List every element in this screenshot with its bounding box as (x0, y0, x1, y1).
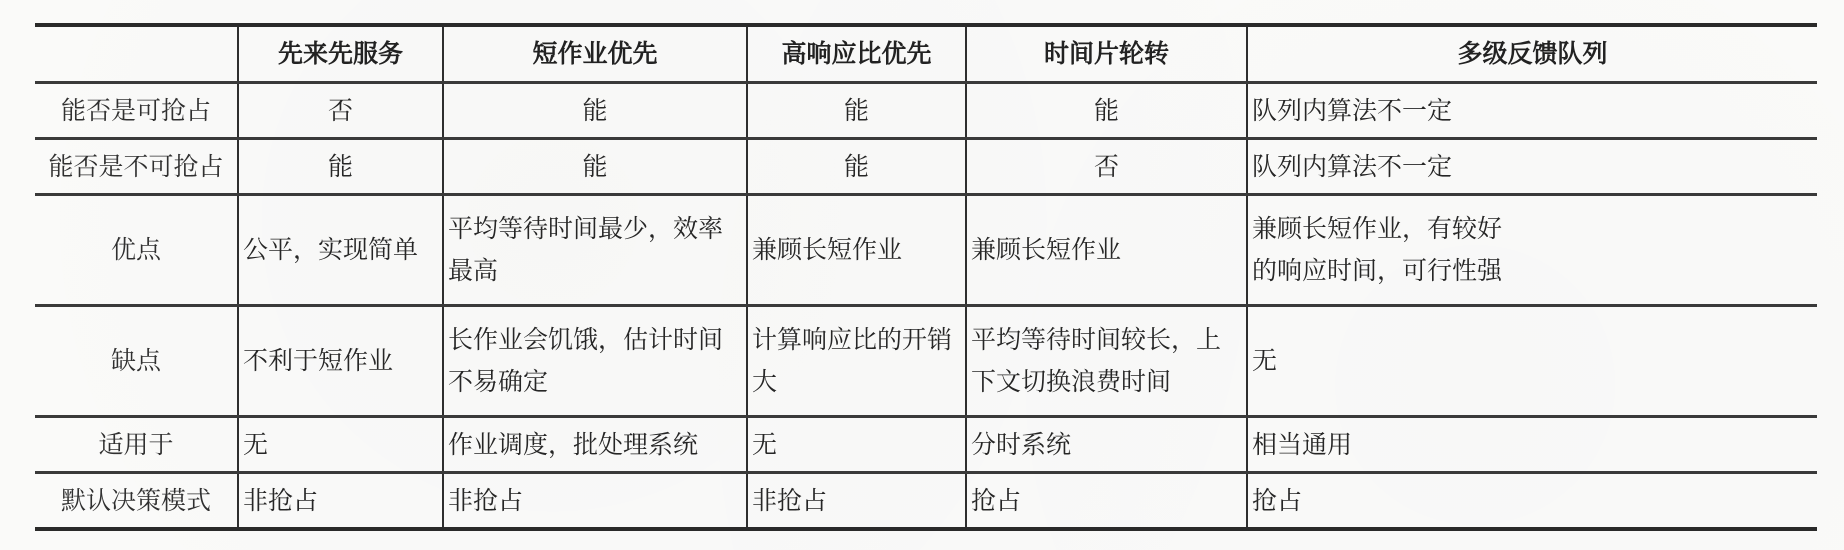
table-row-advantages: 优点 公平，实现简单 平均等待时间最少，效率最高 兼顾长短作业 兼顾长短作业 兼… (35, 195, 1817, 306)
row-label: 能否是可抢占 (35, 83, 238, 139)
row-label: 适用于 (35, 417, 238, 473)
table-cell: 平均等待时间最少，效率最高 (443, 195, 747, 306)
table-cell: 能 (238, 139, 443, 195)
table-cell: 否 (238, 83, 443, 139)
table-cell: 队列内算法不一定 (1247, 139, 1817, 195)
column-header-sjf: 短作业优先 (443, 25, 747, 83)
table-cell: 长作业会饥饿，估计时间不易确定 (443, 306, 747, 417)
header-row: 先来先服务 短作业优先 高响应比优先 时间片轮转 多级反馈队列 (35, 25, 1817, 83)
table-cell: 无 (238, 417, 443, 473)
column-header-mlfq: 多级反馈队列 (1247, 25, 1817, 83)
table-cell: 队列内算法不一定 (1247, 83, 1817, 139)
table-header: 先来先服务 短作业优先 高响应比优先 时间片轮转 多级反馈队列 (35, 25, 1817, 83)
corner-cell (35, 25, 238, 83)
table-cell: 抢占 (966, 473, 1247, 530)
row-label: 缺点 (35, 306, 238, 417)
table-body: 能否是可抢占 否 能 能 能 队列内算法不一定 能否是不可抢占 能 能 能 否 … (35, 83, 1817, 530)
row-label: 优点 (35, 195, 238, 306)
row-label: 默认决策模式 (35, 473, 238, 530)
table-row-default-decision-mode: 默认决策模式 非抢占 非抢占 非抢占 抢占 抢占 (35, 473, 1817, 530)
table-cell: 兼顾长短作业，有较好的响应时间，可行性强 (1247, 195, 1817, 306)
column-header-hrrn: 高响应比优先 (747, 25, 966, 83)
table-row-suitable-for: 适用于 无 作业调度，批处理系统 无 分时系统 相当通用 (35, 417, 1817, 473)
scheduling-algorithm-comparison-table: 先来先服务 短作业优先 高响应比优先 时间片轮转 多级反馈队列 能否是可抢占 否… (35, 23, 1817, 531)
table-row-disadvantages: 缺点 不利于短作业 长作业会饥饿，估计时间不易确定 计算响应比的开销大 平均等待… (35, 306, 1817, 417)
table-cell: 否 (966, 139, 1247, 195)
table-cell: 能 (747, 139, 966, 195)
column-header-round-robin: 时间片轮转 (966, 25, 1247, 83)
table-cell: 兼顾长短作业 (966, 195, 1247, 306)
table-cell: 非抢占 (443, 473, 747, 530)
table-cell: 能 (443, 83, 747, 139)
row-label: 能否是不可抢占 (35, 139, 238, 195)
table-cell: 作业调度，批处理系统 (443, 417, 747, 473)
column-header-fcfs: 先来先服务 (238, 25, 443, 83)
table-cell: 抢占 (1247, 473, 1817, 530)
table-cell: 公平，实现简单 (238, 195, 443, 306)
table-cell: 无 (1247, 306, 1817, 417)
table-cell: 能 (966, 83, 1247, 139)
table-row-non-preemptible: 能否是不可抢占 能 能 能 否 队列内算法不一定 (35, 139, 1817, 195)
table-cell: 计算响应比的开销大 (747, 306, 966, 417)
table-row-preemptible: 能否是可抢占 否 能 能 能 队列内算法不一定 (35, 83, 1817, 139)
table-cell: 兼顾长短作业 (747, 195, 966, 306)
table-cell: 能 (443, 139, 747, 195)
table-cell: 不利于短作业 (238, 306, 443, 417)
table-cell: 非抢占 (238, 473, 443, 530)
table-cell: 分时系统 (966, 417, 1247, 473)
table-cell: 平均等待时间较长，上下文切换浪费时间 (966, 306, 1247, 417)
table-cell: 能 (747, 83, 966, 139)
table-cell: 相当通用 (1247, 417, 1817, 473)
scanned-page: 先来先服务 短作业优先 高响应比优先 时间片轮转 多级反馈队列 能否是可抢占 否… (0, 0, 1844, 550)
table-cell: 非抢占 (747, 473, 966, 530)
table-cell: 无 (747, 417, 966, 473)
